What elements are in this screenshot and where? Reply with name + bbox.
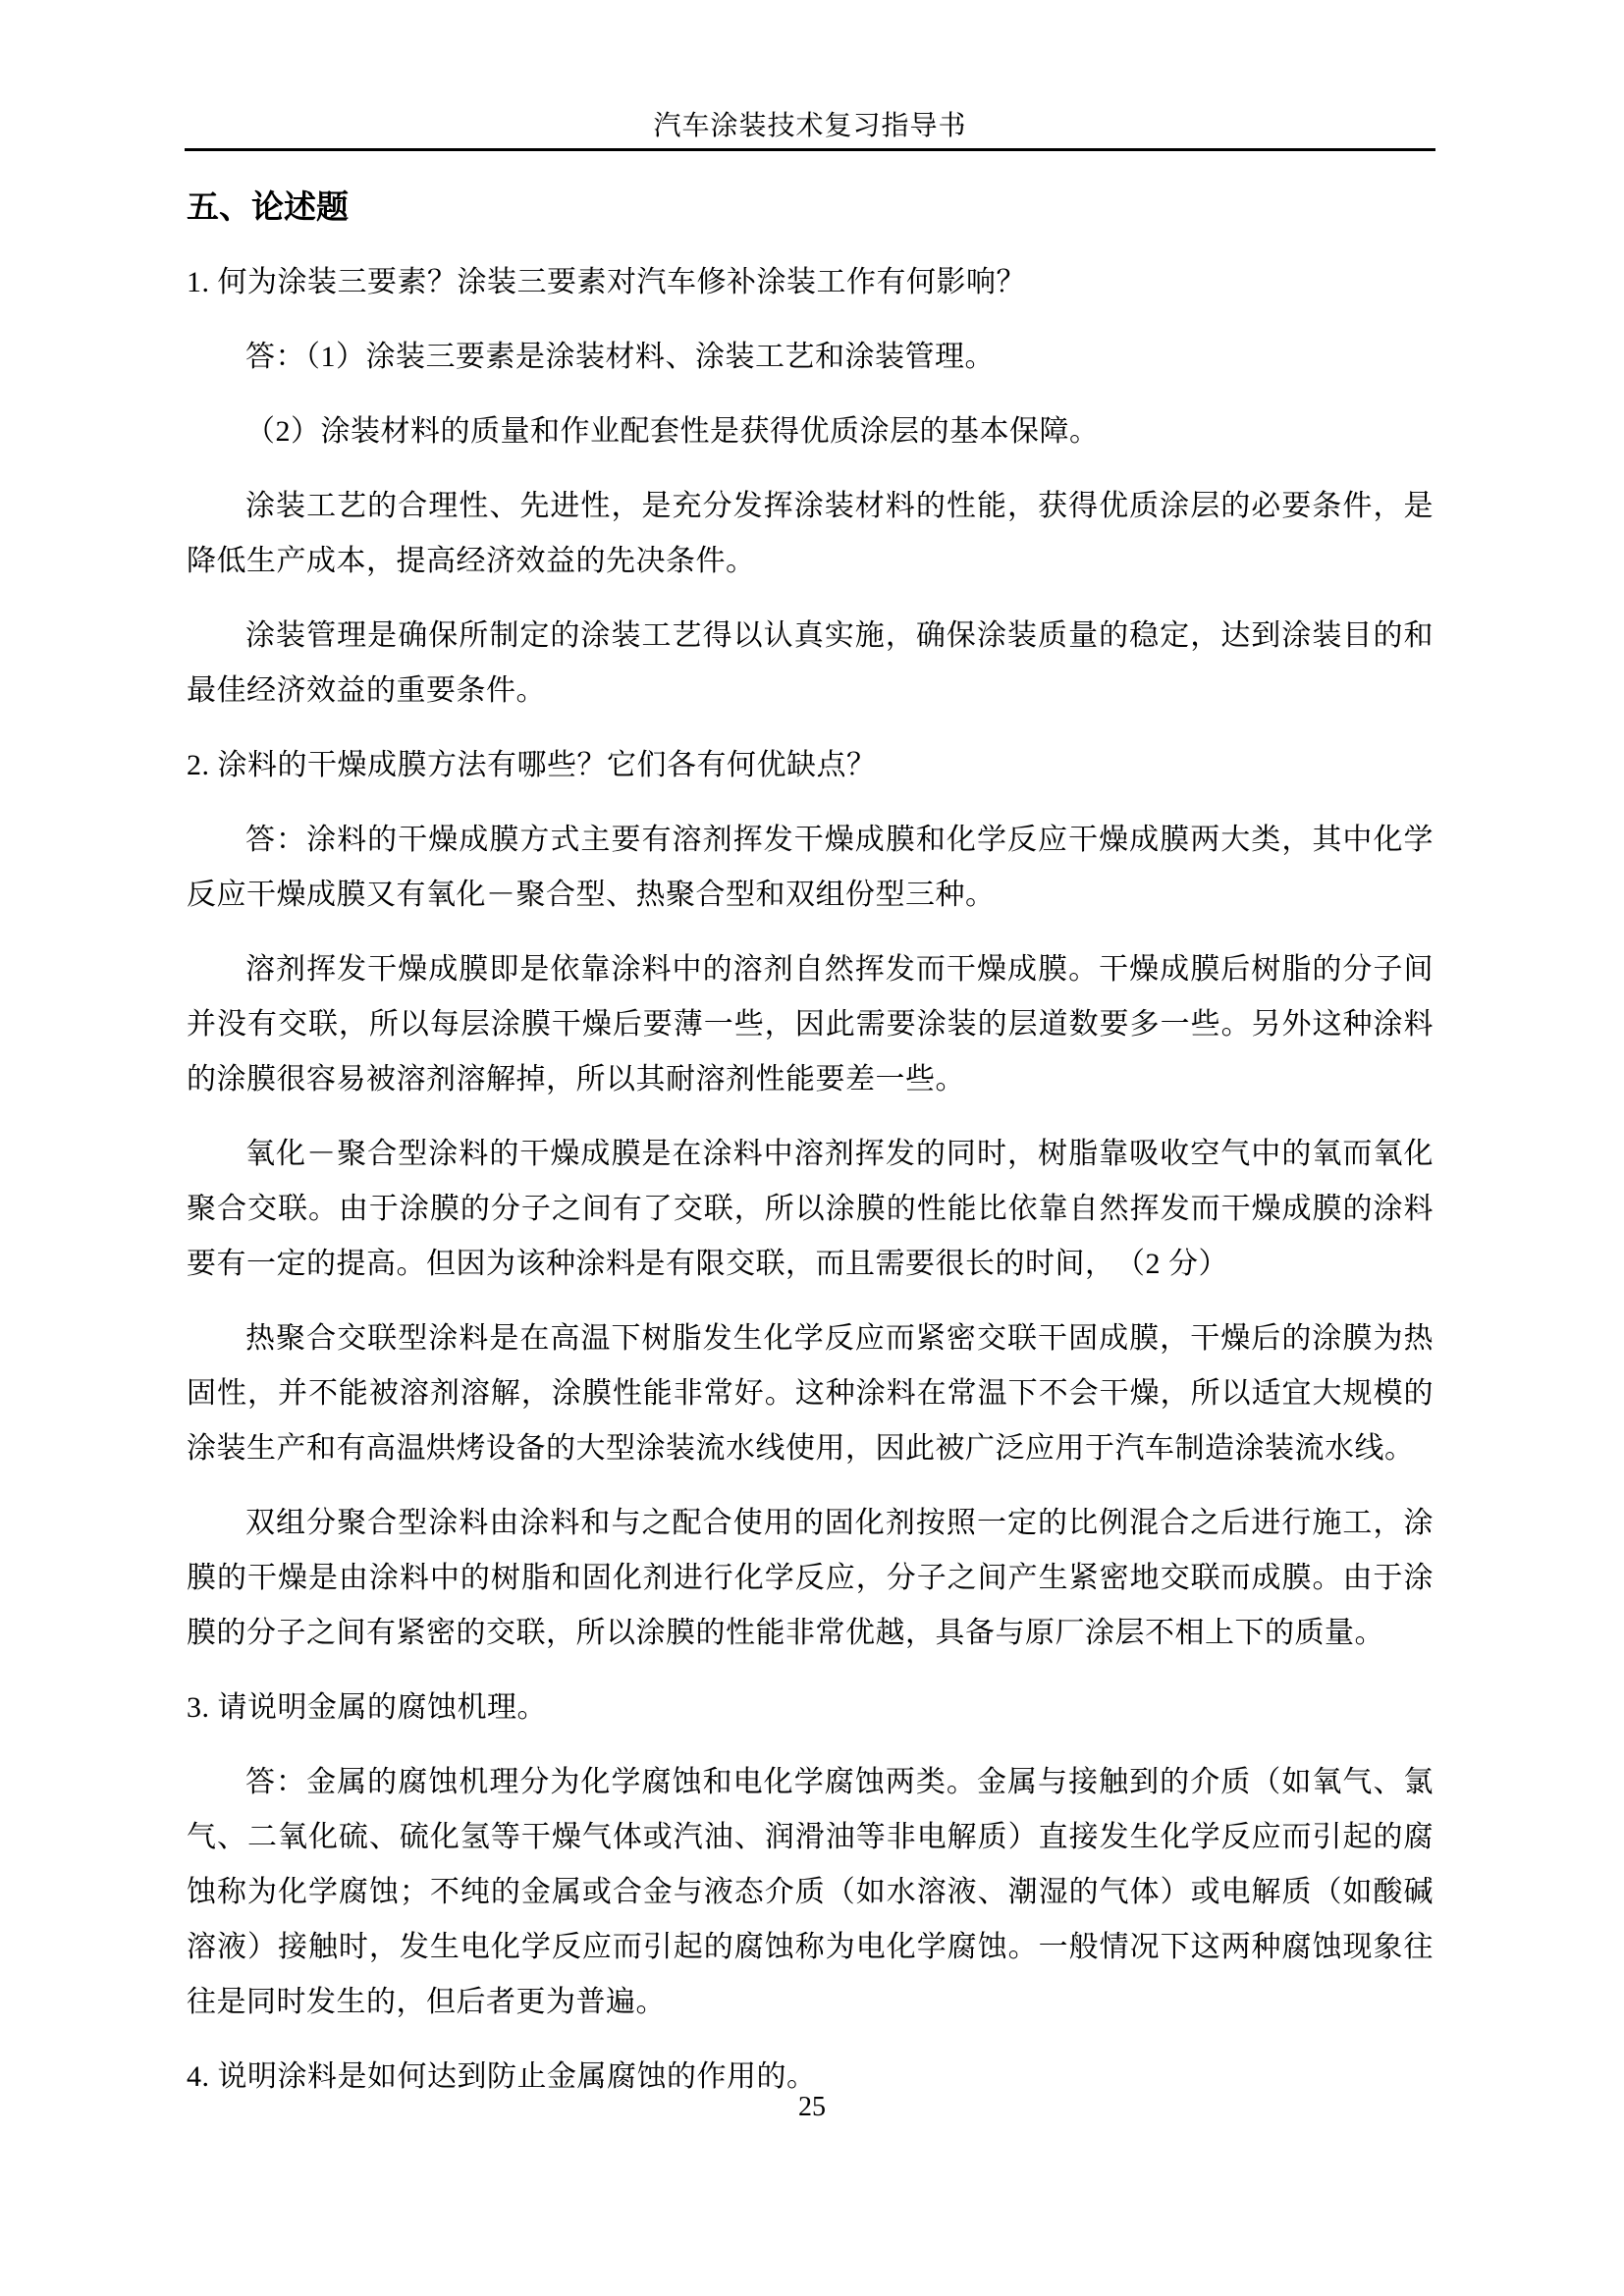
running-header-title: 汽车涂装技术复习指导书	[185, 110, 1435, 143]
page-number: 25	[0, 2091, 1624, 2124]
document-page: 汽车涂装技术复习指导书 五、论述题 1. 何为涂装三要素？涂装三要素对汽车修补涂…	[0, 0, 1624, 2296]
document-body: 五、论述题 1. 何为涂装三要素？涂装三要素对汽车修补涂装工作有何影响？ 答：（…	[187, 181, 1434, 2124]
question-1: 1. 何为涂装三要素？涂装三要素对汽车修补涂装工作有何影响？	[187, 255, 1434, 310]
answer-2-part-2: 溶剂挥发干燥成膜即是依靠涂料中的溶剂自然挥发而干燥成膜。干燥成膜后树脂的分子间并…	[187, 942, 1434, 1107]
question-2: 2. 涂料的干燥成膜方法有哪些？它们各有何优缺点？	[187, 738, 1434, 793]
question-3: 3. 请说明金属的腐蚀机理。	[187, 1681, 1434, 1735]
header-divider-rule	[185, 148, 1435, 151]
answer-2-part-5: 双组分聚合型涂料由涂料和与之配合使用的固化剂按照一定的比例混合之后进行施工，涂膜…	[187, 1496, 1434, 1661]
answer-1-part-1: 答：（1）涂装三要素是涂装材料、涂装工艺和涂装管理。	[187, 330, 1434, 385]
answer-2-part-1: 答：涂料的干燥成膜方式主要有溶剂挥发干燥成膜和化学反应干燥成膜两大类，其中化学反…	[187, 813, 1434, 923]
section-title: 五、论述题	[187, 181, 1434, 236]
answer-3: 答：金属的腐蚀机理分为化学腐蚀和电化学腐蚀两类。金属与接触到的介质（如氧气、氯气…	[187, 1755, 1434, 2030]
answer-1-part-3: 涂装工艺的合理性、先进性，是充分发挥涂装材料的性能，获得优质涂层的必要条件，是降…	[187, 479, 1434, 589]
answer-2-part-4: 热聚合交联型涂料是在高温下树脂发生化学反应而紧密交联干固成膜，干燥后的涂膜为热固…	[187, 1311, 1434, 1476]
answer-1-part-4: 涂装管理是确保所制定的涂装工艺得以认真实施，确保涂装质量的稳定，达到涂装目的和最…	[187, 609, 1434, 719]
answer-2-part-3: 氧化－聚合型涂料的干燥成膜是在涂料中溶剂挥发的同时，树脂靠吸收空气中的氧而氧化聚…	[187, 1127, 1434, 1292]
answer-1-part-2: （2）涂装材料的质量和作业配套性是获得优质涂层的基本保障。	[187, 404, 1434, 459]
